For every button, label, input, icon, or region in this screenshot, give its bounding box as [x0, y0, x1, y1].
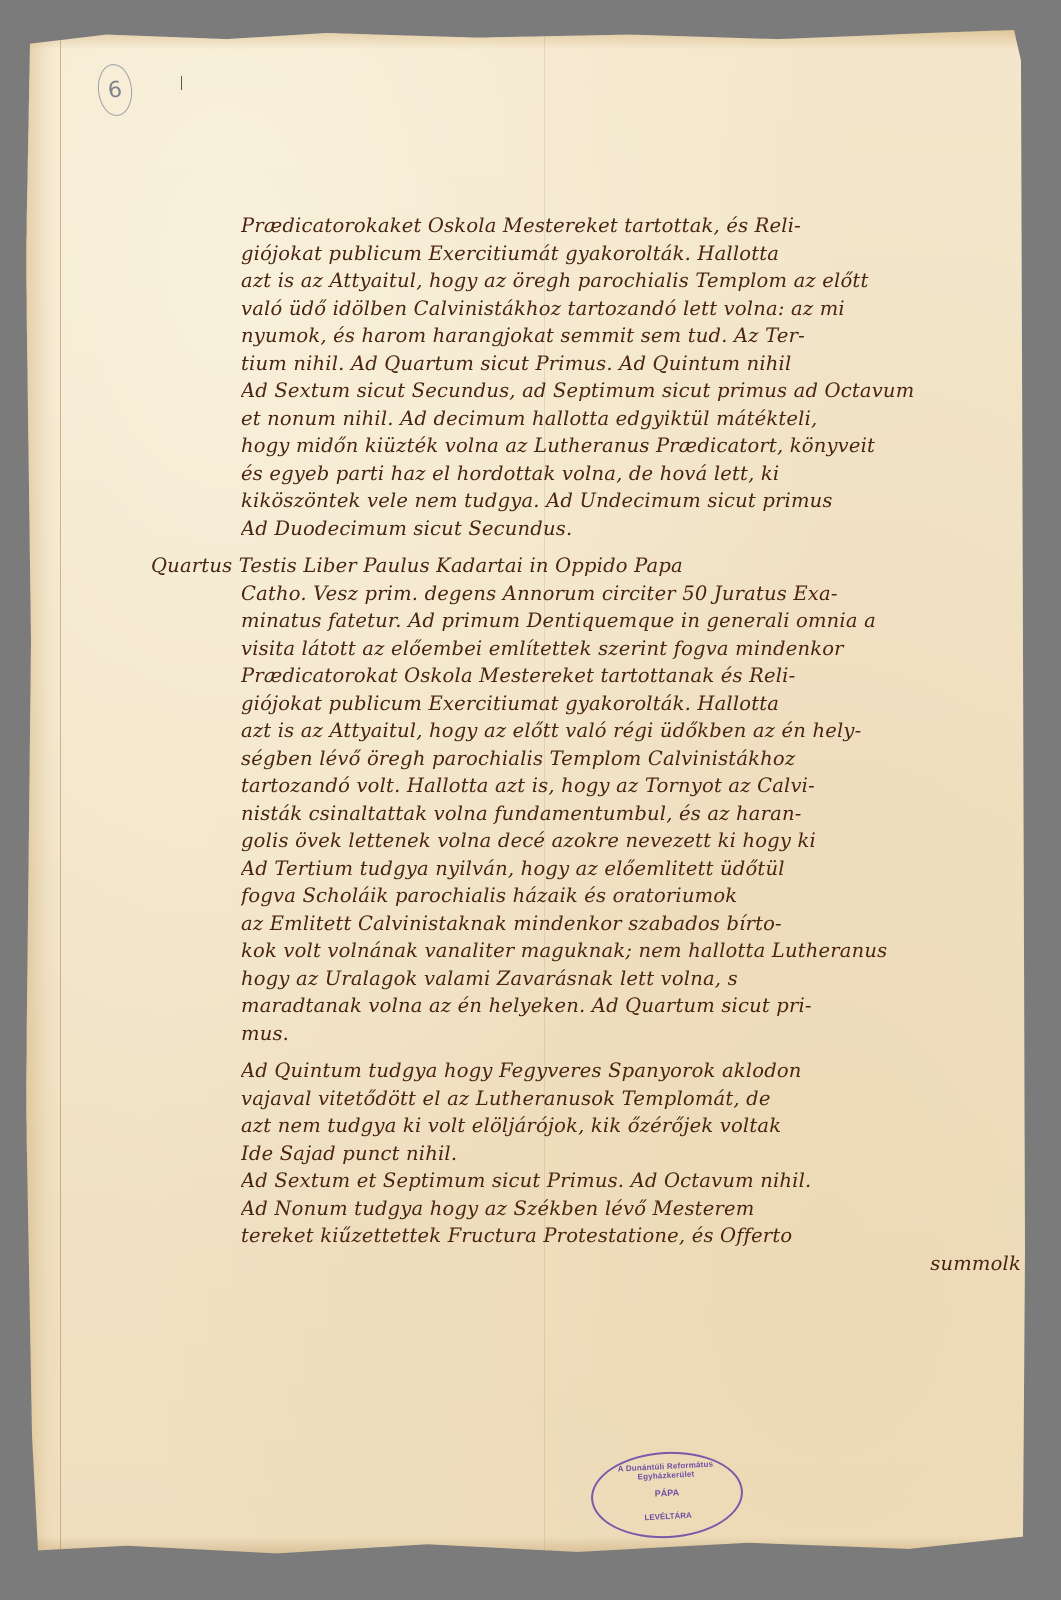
- handwritten-text: Prædicatorokaket Oskola Mestereket tarto…: [241, 212, 1021, 1277]
- text-line: Ad Sextum sicut Secundus, ad Septimum si…: [241, 377, 1021, 405]
- page-left-edge: [26, 30, 61, 1558]
- text-line: és egyeb parti haz el hordottak volna, d…: [241, 460, 1021, 488]
- text-line: azt nem tudgya ki volt elöljárójok, kik …: [241, 1112, 1021, 1140]
- text-line: Prædicatorokaket Oskola Mestereket tarto…: [241, 212, 1021, 240]
- text-line: Catho. Vesz prim. degens Annorum circite…: [241, 580, 1021, 608]
- text-line: ségben lévő öregh parochialis Templom Ca…: [241, 745, 1021, 773]
- page-top-edge: [26, 30, 1029, 50]
- text-line: Ad Duodecimum sicut Secundus.: [241, 515, 1021, 543]
- text-line: hogy midőn kiüzték volna az Lutheranus P…: [241, 432, 1021, 460]
- text-line: az Emlitett Calvinistaknak mindenkor sza…: [241, 910, 1021, 938]
- archive-stamp: A Dunántúli Református Egyházkerület PÁP…: [589, 1448, 745, 1542]
- page-bottom-edge: [26, 1536, 1029, 1558]
- text-line: nisták csinaltattak volna fundamentumbul…: [241, 800, 1021, 828]
- text-line: azt is az Attyaitul, hogy az öregh paroc…: [241, 267, 1021, 295]
- text-line: kiköszöntek vele nem tudgya. Ad Undecimu…: [241, 487, 1021, 515]
- text-line: Prædicatorokat Oskola Mestereket tartott…: [241, 662, 1021, 690]
- catchword: summolk: [241, 1250, 1021, 1278]
- manuscript-page: 6 Prædicatorokaket Oskola Mestereket tar…: [26, 30, 1029, 1558]
- text-line: Ad Quintum tudgya hogy Fegyveres Spanyor…: [241, 1057, 1021, 1085]
- text-line: minatus fatetur. Ad primum Dentiquemque …: [241, 607, 1021, 635]
- text-line: visita látott az előembei említettek sze…: [241, 635, 1021, 663]
- text-line: Ad Nonum tudgya hogy az Székben lévő Mes…: [241, 1195, 1021, 1223]
- text-line: kok volt volnának vanaliter maguknak; ne…: [241, 937, 1021, 965]
- text-line: tereket kiűzettettek Fructura Protestati…: [241, 1222, 1021, 1250]
- margin-mark: [181, 76, 182, 90]
- text-line: Ad Tertium tudgya nyilván, hogy az előem…: [241, 855, 1021, 883]
- stamp-institution-text: A Dunántúli Református Egyházkerület: [597, 1458, 734, 1483]
- text-line: hogy az Uralagok valami Zavarásnak lett …: [241, 965, 1021, 993]
- text-line: Ide Sajad punct nihil.: [241, 1140, 1021, 1168]
- stamp-city-text: PÁPA: [593, 1484, 741, 1502]
- text-line-paragraph-start: Quartus Testis Liber Paulus Kadartai in …: [151, 552, 1021, 580]
- text-line: azt is az Attyaitul, hogy az előtt való …: [241, 717, 1021, 745]
- text-line: tartozandó volt. Hallotta azt is, hogy a…: [241, 772, 1021, 800]
- text-line: maradtanak volna az én helyeken. Ad Quar…: [241, 992, 1021, 1020]
- text-line: nyumok, és harom harangjokat semmit sem …: [241, 322, 1021, 350]
- text-line: giójokat publicum Exercitiumát gyakorolt…: [241, 240, 1021, 268]
- text-line: Ad Sextum et Septimum sicut Primus. Ad O…: [241, 1167, 1021, 1195]
- text-line: való üdő idölben Calvinistákhoz tartozan…: [241, 295, 1021, 323]
- text-line: giójokat publicum Exercitiumat gyakorolt…: [241, 690, 1021, 718]
- stamp-archive-text: LEVÉLTÁRA: [594, 1508, 742, 1525]
- text-line: fogva Scholáik parochialis házaik és ora…: [241, 882, 1021, 910]
- text-line: mus.: [241, 1020, 1021, 1048]
- text-line: tium nihil. Ad Quartum sicut Primus. Ad …: [241, 350, 1021, 378]
- text-line: vajaval vitetődött el az Lutheranusok Te…: [241, 1085, 1021, 1113]
- folio-number: 6: [95, 62, 134, 117]
- text-line: et nonum nihil. Ad decimum hallotta edgy…: [241, 405, 1021, 433]
- text-line: golis övek lettenek volna decé azokre ne…: [241, 827, 1021, 855]
